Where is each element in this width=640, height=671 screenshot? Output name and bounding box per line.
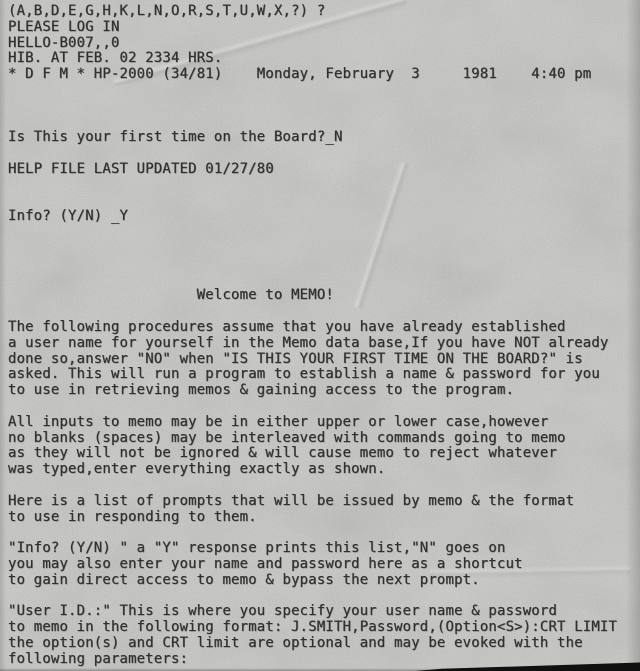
terminal-line: [8, 146, 640, 162]
terminal-line: was typed,enter everything exactly as sh…: [8, 462, 640, 478]
terminal-line: [8, 304, 640, 320]
terminal-line: All inputs to memo may be in either uppe…: [8, 415, 640, 431]
terminal-line: [8, 115, 640, 131]
terminal-line: [8, 525, 640, 541]
terminal-line: done so,answer "NO" when "IS THIS YOUR F…: [8, 352, 640, 368]
terminal-line: [8, 194, 640, 210]
terminal-line: following parameters:: [8, 652, 640, 668]
terminal-line: the option(s) and CRT limit are optional…: [8, 636, 640, 652]
terminal-line: [8, 399, 640, 415]
terminal-line: [8, 273, 640, 289]
terminal-output: (A,B,D,E,G,H,K,L,N,O,R,S,T,U,W,X,?) ?PLE…: [0, 0, 640, 667]
terminal-line: * D F M * HP-2000 (34/81) Monday, Februa…: [8, 67, 640, 83]
terminal-line: HIB. AT FEB. 02 2334 HRS.: [8, 51, 640, 67]
terminal-line: [8, 241, 640, 257]
terminal-line: [8, 588, 640, 604]
terminal-line: HELP FILE LAST UPDATED 01/27/80: [8, 162, 640, 178]
terminal-line: asked. This will run a program to establ…: [8, 367, 640, 383]
terminal-line: you may also enter your name and passwor…: [8, 557, 640, 573]
terminal-line: [8, 225, 640, 241]
terminal-line: Is This your first time on the Board?_N: [8, 130, 640, 146]
terminal-line: to use in responding to them.: [8, 510, 640, 526]
terminal-line: [8, 99, 640, 115]
terminal-line: "Info? (Y/N) " a "Y" response prints thi…: [8, 541, 640, 557]
terminal-line: The following procedures assume that you…: [8, 320, 640, 336]
terminal-line: [8, 83, 640, 99]
terminal-line: Here is a list of prompts that will be i…: [8, 494, 640, 510]
terminal-line: a user name for yourself in the Memo dat…: [8, 336, 640, 352]
terminal-line: Info? (Y/N) _Y: [8, 209, 640, 225]
terminal-line: to use in retrieving memos & gaining acc…: [8, 383, 640, 399]
terminal-line: "User I.D.:" This is where you specify y…: [8, 604, 640, 620]
terminal-line: [8, 257, 640, 273]
terminal-line: [8, 178, 640, 194]
terminal-line: HELLO-B007,,0: [8, 36, 640, 52]
terminal-line: no blanks (spaces) may be interleaved wi…: [8, 431, 640, 447]
scanned-printout-page: (A,B,D,E,G,H,K,L,N,O,R,S,T,U,W,X,?) ?PLE…: [0, 0, 640, 671]
terminal-line: [8, 478, 640, 494]
terminal-line: Welcome to MEMO!: [8, 288, 640, 304]
terminal-line: PLEASE LOG IN: [8, 20, 640, 36]
terminal-line: as they will not be ignored & will cause…: [8, 446, 640, 462]
terminal-line: to memo in the following format: J.SMITH…: [8, 620, 640, 636]
terminal-line: (A,B,D,E,G,H,K,L,N,O,R,S,T,U,W,X,?) ?: [8, 4, 640, 20]
terminal-line: to gain direct access to memo & bypass t…: [8, 573, 640, 589]
